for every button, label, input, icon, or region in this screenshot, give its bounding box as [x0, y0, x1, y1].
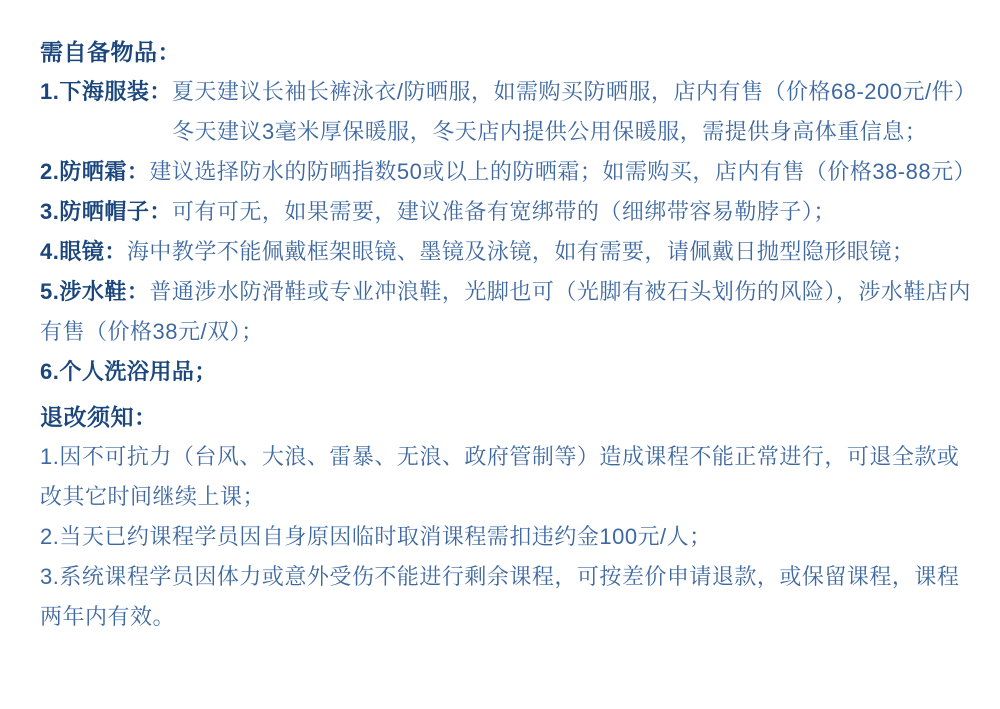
- item-sunhat-label: 3.防晒帽子：: [40, 199, 172, 224]
- document-page: 需自备物品： 1.下海服装：夏天建议长袖长裤泳衣/防晒服，如需购买防晒服，店内有…: [0, 0, 1000, 709]
- item-sunhat-text: 可有可无，如果需要，建议准备有宽绑带的（细绑带容易勒脖子）；: [172, 199, 836, 224]
- item-swimwear-line2: 冬天建议3毫米厚保暖服，冬天店内提供公用保暖服，需提供身高体重信息；: [40, 112, 964, 152]
- item-sunscreen: 2.防晒霜：建议选择防水的防晒指数50或以上的防晒霜；如需购买，店内有售（价格3…: [40, 152, 964, 192]
- item-sunhat: 3.防晒帽子：可有可无，如果需要，建议准备有宽绑带的（细绑带容易勒脖子）；: [40, 192, 964, 232]
- policy-same-day-cancel: 2.当天已约课程学员因自身原因临时取消课程需扣违约金100元/人；: [40, 517, 964, 557]
- policy-injury-refund-line1: 3.系统课程学员因体力或意外受伤不能进行剩余课程，可按差价申请退款，或保留课程，…: [40, 557, 964, 597]
- item-sunscreen-text: 建议选择防水的防晒指数50或以上的防晒霜；如需购买，店内有售（价格38-88元）: [149, 159, 976, 184]
- item-glasses-label: 4.眼镜：: [40, 239, 127, 264]
- item-watershoes-line2: 有售（价格38元/双）；: [40, 312, 964, 352]
- item-glasses-text: 海中教学不能佩戴框架眼镜、墨镜及泳镜，如有需要，请佩戴日抛型隐形眼镜；: [127, 239, 915, 264]
- item-swimwear-text: 夏天建议长袖长裤泳衣/防晒服，如需购买防晒服，店内有售（价格68-200元/件）: [172, 79, 977, 104]
- item-toiletries-label: 6.个人洗浴用品；: [40, 359, 217, 384]
- item-sunscreen-label: 2.防晒霜：: [40, 159, 149, 184]
- policy-injury-refund-line2: 两年内有效。: [40, 597, 964, 637]
- section-title-items-needed: 需自备物品：: [40, 32, 964, 72]
- item-swimwear-line1: 1.下海服装：夏天建议长袖长裤泳衣/防晒服，如需购买防晒服，店内有售（价格68-…: [40, 72, 964, 112]
- section-items-needed: 需自备物品： 1.下海服装：夏天建议长袖长裤泳衣/防晒服，如需购买防晒服，店内有…: [40, 32, 964, 392]
- item-glasses: 4.眼镜：海中教学不能佩戴框架眼镜、墨镜及泳镜，如有需要，请佩戴日抛型隐形眼镜；: [40, 232, 964, 272]
- item-watershoes-label: 5.涉水鞋：: [40, 279, 149, 304]
- policy-force-majeure-line1: 1.因不可抗力（台风、大浪、雷暴、无浪、政府管制等）造成课程不能正常进行，可退全…: [40, 437, 964, 477]
- item-swimwear-label: 1.下海服装：: [40, 79, 172, 104]
- section-refund-policy: 退改须知： 1.因不可抗力（台风、大浪、雷暴、无浪、政府管制等）造成课程不能正常…: [40, 397, 964, 637]
- section-title-refund-policy: 退改须知：: [40, 397, 964, 437]
- item-watershoes-line1: 5.涉水鞋：普通涉水防滑鞋或专业冲浪鞋，光脚也可（光脚有被石头划伤的风险），涉水…: [40, 272, 964, 312]
- item-toiletries: 6.个人洗浴用品；: [40, 352, 964, 392]
- policy-force-majeure-line2: 改其它时间继续上课；: [40, 477, 964, 517]
- item-watershoes-text: 普通涉水防滑鞋或专业冲浪鞋，光脚也可（光脚有被石头划伤的风险），涉水鞋店内: [149, 279, 971, 304]
